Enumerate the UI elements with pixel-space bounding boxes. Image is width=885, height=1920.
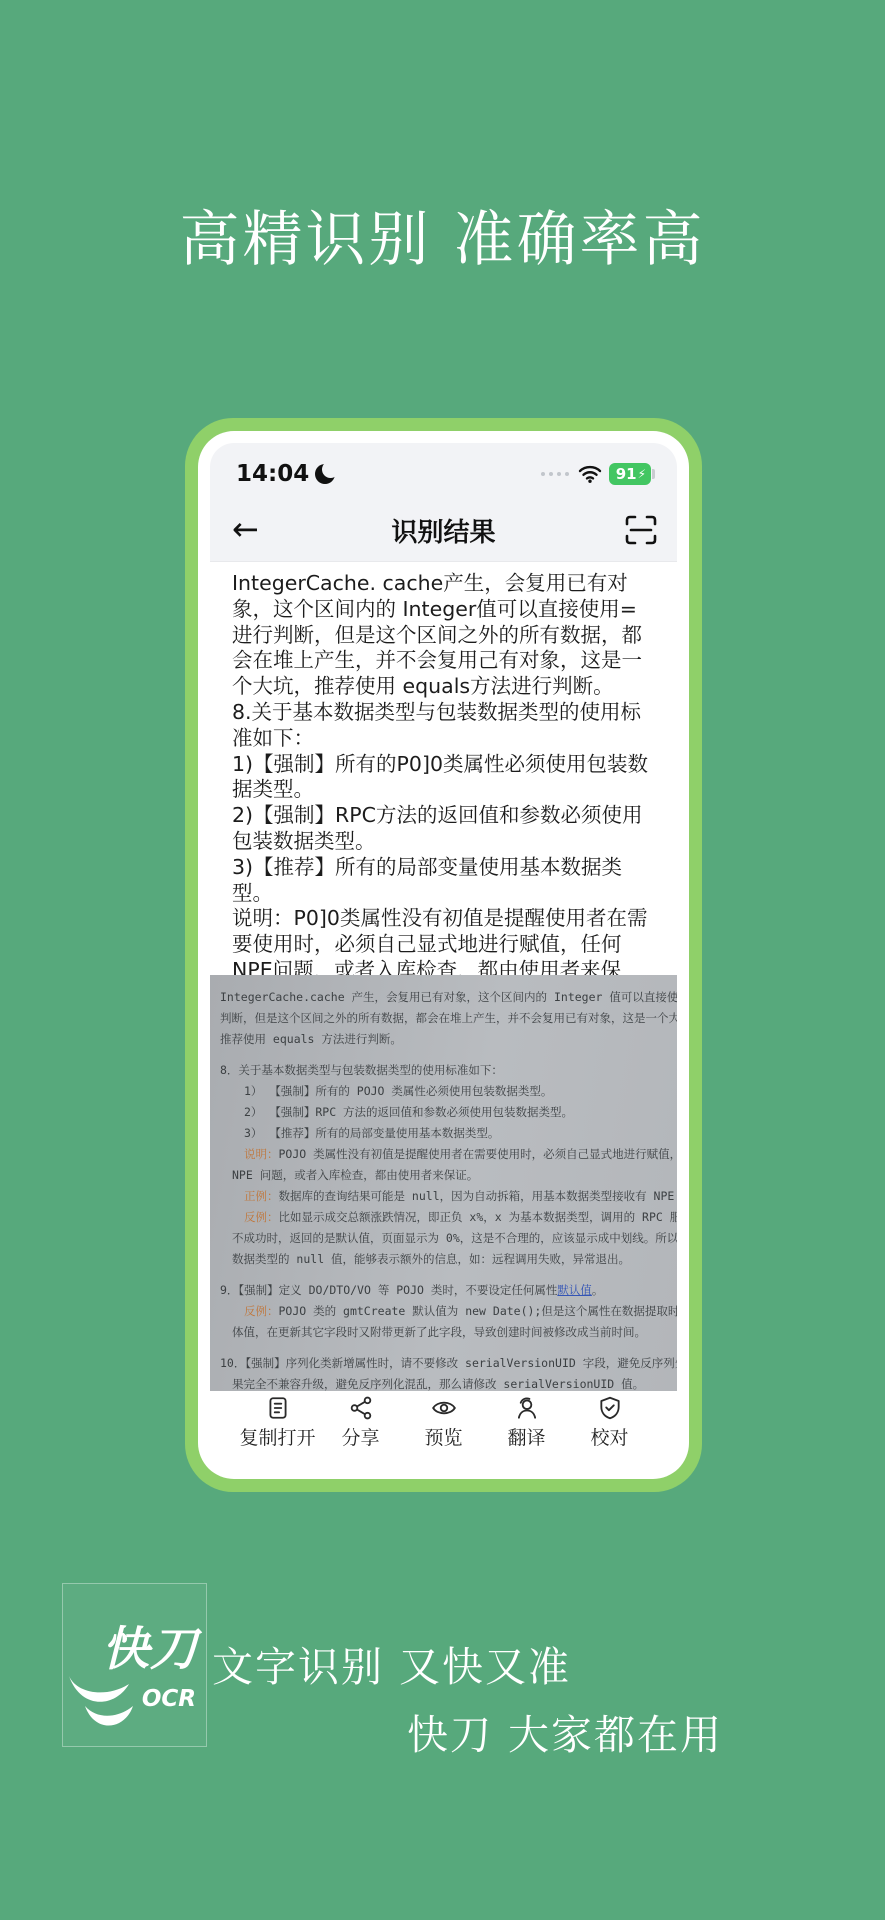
ocr-result-text[interactable]: IntegerCache. cache产生，会复用已有对象，这个区间内的 Int…	[210, 562, 677, 975]
scan-line: 不成功时，返回的是默认值，页面显示为 0%，这是不合理的，应该显示成中划线。所以…	[210, 1228, 677, 1249]
phone-screen: 14:04 91⚡	[210, 443, 677, 1467]
copy-open-button[interactable]: 复制打开	[236, 1395, 319, 1467]
scan-line: 反例：POJO 类的 gmtCreate 默认值为 new Date();但是这…	[210, 1301, 677, 1322]
scan-line: 判断，但是这个区间之外的所有数据，都会在堆上产生，并不会复用已有对象，这是一个大…	[210, 1008, 677, 1029]
ocr-paragraph: 3)【推荐】所有的局部变量使用基本数据类型。	[232, 855, 655, 907]
translator-person-icon	[514, 1395, 540, 1421]
ocr-paragraph: 8.关于基本数据类型与包装数据类型的使用标准如下：	[232, 700, 655, 752]
scan-line: 果完全不兼容升级，避免反序列化混乱，那么请修改 serialVersionUID…	[210, 1374, 677, 1391]
scan-line: 2） 【强制】RPC 方法的返回值和参数必须使用包装数据类型。	[210, 1102, 677, 1123]
moon-icon	[315, 464, 335, 484]
scan-button[interactable]	[625, 515, 657, 545]
proofread-button[interactable]: 校对	[568, 1395, 651, 1467]
ocr-paragraph: 2)【强制】RPC方法的返回值和参数必须使用包装数据类型。	[232, 803, 655, 855]
scan-line: 正例：数据库的查询结果可能是 null，因为自动拆箱，用基本数据类型接收有 NP…	[210, 1186, 677, 1207]
scan-line: 体值，在更新其它字段时又附带更新了此字段，导致创建时间被修改成当前时间。	[210, 1322, 677, 1343]
page-title: 高精识别 准确率高	[0, 192, 885, 278]
scan-line: 反例：比如显示成交总额涨跌情况，即正负 x%，x 为基本数据类型，调用的 RPC…	[210, 1207, 677, 1228]
tool-label: 预览	[424, 1423, 462, 1450]
logo-ocr-label: OCR	[142, 1686, 196, 1712]
scan-line: 3） 【推荐】所有的局部变量使用基本数据类型。	[210, 1123, 677, 1144]
scan-line: 1） 【强制】所有的 POJO 类属性必须使用包装数据类型。	[210, 1081, 677, 1102]
tool-label: 分享	[341, 1423, 379, 1450]
battery-icon: 91⚡	[609, 463, 655, 485]
translate-button[interactable]: 翻译	[485, 1395, 568, 1467]
scan-line: IntegerCache.cache 产生，会复用已有对象，这个区间内的 Int…	[210, 987, 677, 1008]
cellular-signal-icon	[541, 472, 569, 476]
document-icon	[265, 1395, 291, 1421]
nav-title: 识别结果	[391, 512, 495, 549]
scan-line: 8．关于基本数据类型与包装数据类型的使用标准如下：	[210, 1060, 677, 1081]
preview-button[interactable]: 预览	[402, 1395, 485, 1467]
shield-check-icon	[597, 1395, 623, 1421]
share-icon	[348, 1395, 374, 1421]
footer-tagline-1: 文字识别 又快又准	[212, 1634, 571, 1693]
status-bar: 14:04 91⚡	[210, 443, 677, 499]
scan-line: 数据类型的 null 值，能够表示额外的信息，如：远程调用失败，异常退出。	[210, 1249, 677, 1270]
eye-icon	[431, 1395, 457, 1421]
phone-frame: 14:04 91⚡	[198, 431, 689, 1479]
scan-line: 10．【强制】序列化类新增属性时，请不要修改 serialVersionUID …	[210, 1353, 677, 1374]
scan-line: 9．【强制】定义 DO/DTO/VO 等 POJO 类时，不要设定任何属性默认值…	[210, 1280, 677, 1301]
scanned-document-image[interactable]: IntegerCache.cache 产生，会复用已有对象，这个区间内的 Int…	[210, 975, 677, 1391]
scan-line: 说明：POJO 类属性没有初值是提醒使用者在需要使用时，必须自己显式地进行赋值，…	[210, 1144, 677, 1165]
scan-line: 推荐使用 equals 方法进行判断。	[210, 1029, 677, 1050]
nav-bar: ← 识别结果	[210, 499, 677, 562]
tool-label: 翻译	[507, 1423, 545, 1450]
ocr-paragraph: 说明：P0]0类属性没有初值是提醒使用者在需要使用时，必须自己显式地进行赋值，任…	[232, 906, 655, 975]
status-time: 14:04	[236, 461, 309, 487]
wifi-icon	[578, 465, 602, 483]
ocr-paragraph: IntegerCache. cache产生，会复用已有对象，这个区间内的 Int…	[232, 571, 655, 700]
charging-bolt-icon: ⚡	[638, 465, 646, 483]
ocr-paragraph: 1)【强制】所有的P0]0类属性必须使用包装数据类型。	[232, 752, 655, 804]
tool-label: 复制打开	[239, 1423, 315, 1450]
share-button[interactable]: 分享	[319, 1395, 402, 1467]
phone-mockup: 14:04 91⚡	[185, 418, 702, 1492]
back-button[interactable]: ←	[232, 507, 259, 551]
screen-header: 14:04 91⚡	[210, 443, 677, 562]
scan-line: NPE 问题，或者入库检查，都由使用者来保证。	[210, 1165, 677, 1186]
action-toolbar: 复制打开 分享 预	[210, 1391, 677, 1467]
footer-tagline-2: 快刀 大家都在用	[407, 1702, 723, 1761]
battery-percent: 91	[616, 465, 637, 483]
app-logo: 快刀 OCR	[62, 1583, 207, 1747]
tool-label: 校对	[590, 1423, 628, 1450]
